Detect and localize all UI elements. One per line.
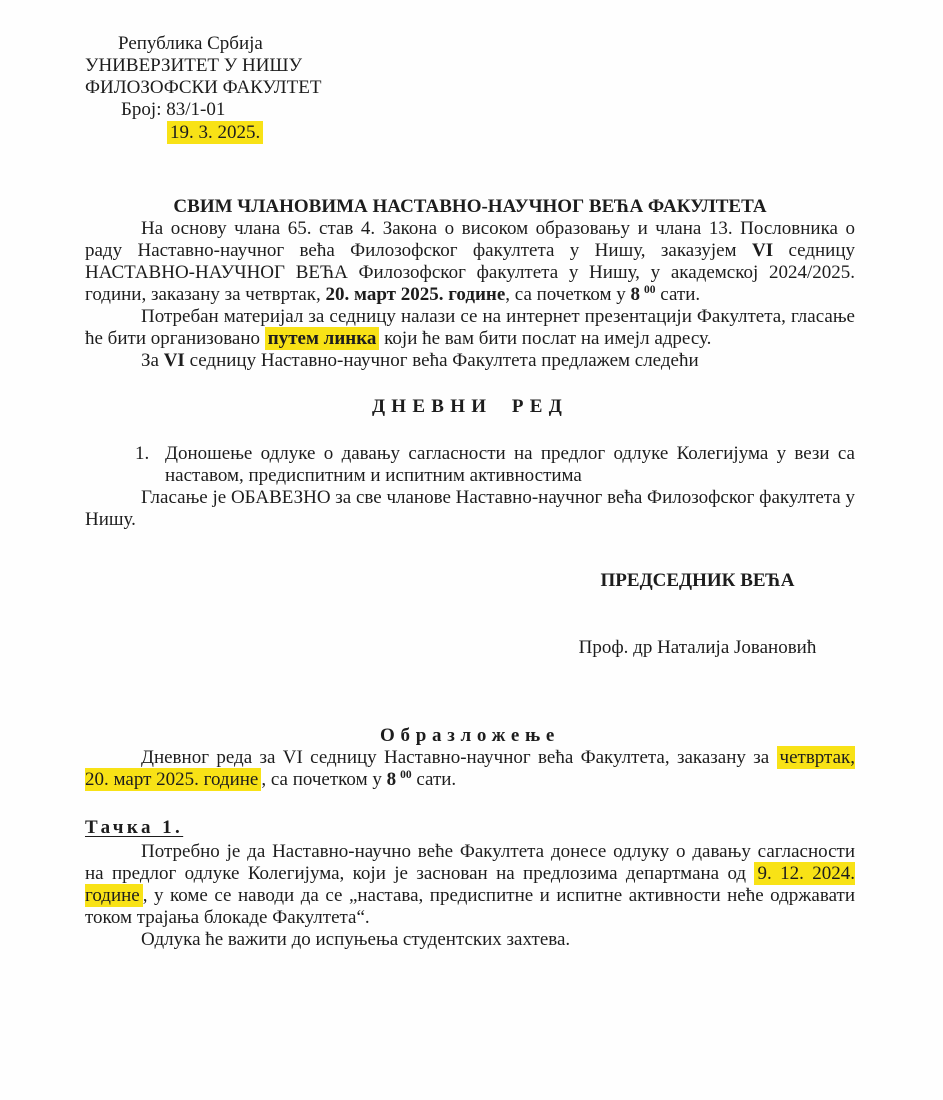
letterhead-university: УНИВЕРЗИТЕТ У НИШУ xyxy=(85,55,855,77)
item1-text-2: , у коме се наводи да се „настава, преди… xyxy=(85,885,855,928)
agenda-item-1: 1. Доношење одлуке о давању сагласности … xyxy=(135,443,855,487)
item1-paragraph-1: Потребно је да Наставно-научно веће Факу… xyxy=(85,841,855,929)
agenda-item-number: 1. xyxy=(135,443,165,487)
letterhead-faculty: ФИЛОЗОФСКИ ФАКУЛТЕТ xyxy=(85,77,855,99)
rationale-start-minutes-superscript: 00 xyxy=(400,769,412,781)
proposal-paragraph: За VI седницу Наставно-научног већа Факу… xyxy=(85,350,855,372)
via-link-highlight: путем линка xyxy=(265,327,380,350)
start-minutes-superscript: 00 xyxy=(644,284,656,296)
letterhead-country: Република Србија xyxy=(85,33,855,55)
rationale-text-3: сати. xyxy=(412,769,457,790)
session-number-bold: VI xyxy=(752,240,773,261)
rationale-start-hour: 8 xyxy=(387,769,397,790)
rationale-text-1: Дневног реда за VI седницу Наставно-науч… xyxy=(141,747,777,768)
signature-name: Проф. др Наталија Јовановић xyxy=(540,637,855,659)
item1-text-1: Потребно је да Наставно-научно веће Факу… xyxy=(85,841,855,884)
recipient-title: СВИМ ЧЛАНОВИМА НАСТАВНО-НАУЧНОГ ВЕЋА ФАК… xyxy=(85,196,855,218)
item1-paragraph-2: Одлука ће важити до испуњења студентских… xyxy=(85,929,855,951)
materials-text-2: који ће вам бити послат на имејл адресу. xyxy=(379,328,711,349)
rationale-heading: Образложење xyxy=(85,725,855,747)
item1-heading: Тачка 1. xyxy=(85,817,855,839)
agenda-item-text: Доношење одлуке о давању сагласности на … xyxy=(165,443,855,487)
rationale-text-2: , са почетком у xyxy=(261,769,386,790)
document-page: Република Србија УНИВЕРЗИТЕТ У НИШУ ФИЛО… xyxy=(0,0,943,1100)
intro-text-3: , са почетком у xyxy=(505,284,630,305)
session-date-bold: 20. март 2025. године xyxy=(326,284,506,305)
proposal-text-1: За xyxy=(141,350,164,371)
via-link-bold: путем линка xyxy=(268,328,377,349)
intro-text-1: На основу члана 65. став 4. Закона о вис… xyxy=(85,218,855,261)
letterhead-number: Број: 83/1-01 xyxy=(85,99,855,121)
intro-text-4: сати. xyxy=(656,284,701,305)
letterhead-date-highlight: 19. 3. 2025. xyxy=(167,121,263,144)
proposal-text-2: седницу Наставно-научног већа Факултета … xyxy=(185,350,699,371)
start-hour: 8 xyxy=(631,284,641,305)
signature-block: ПРЕДСЕДНИК ВЕЋА Проф. др Наталија Јовано… xyxy=(540,570,855,659)
voting-note-paragraph: Гласање је ОБАВЕЗНО за све чланове Наста… xyxy=(85,487,855,531)
materials-paragraph: Потребан материјал за седницу налази се … xyxy=(85,306,855,350)
letterhead: Република Србија УНИВЕРЗИТЕТ У НИШУ ФИЛО… xyxy=(85,33,855,144)
rationale-paragraph: Дневног реда за VI седницу Наставно-науч… xyxy=(85,747,855,791)
intro-paragraph: На основу члана 65. став 4. Закона о вис… xyxy=(85,218,855,306)
proposal-session-number-bold: VI xyxy=(164,350,185,371)
signature-role: ПРЕДСЕДНИК ВЕЋА xyxy=(540,570,855,592)
letterhead-date-row: 19. 3. 2025. xyxy=(85,122,855,144)
agenda-heading: ДНЕВНИ РЕД xyxy=(85,396,855,418)
